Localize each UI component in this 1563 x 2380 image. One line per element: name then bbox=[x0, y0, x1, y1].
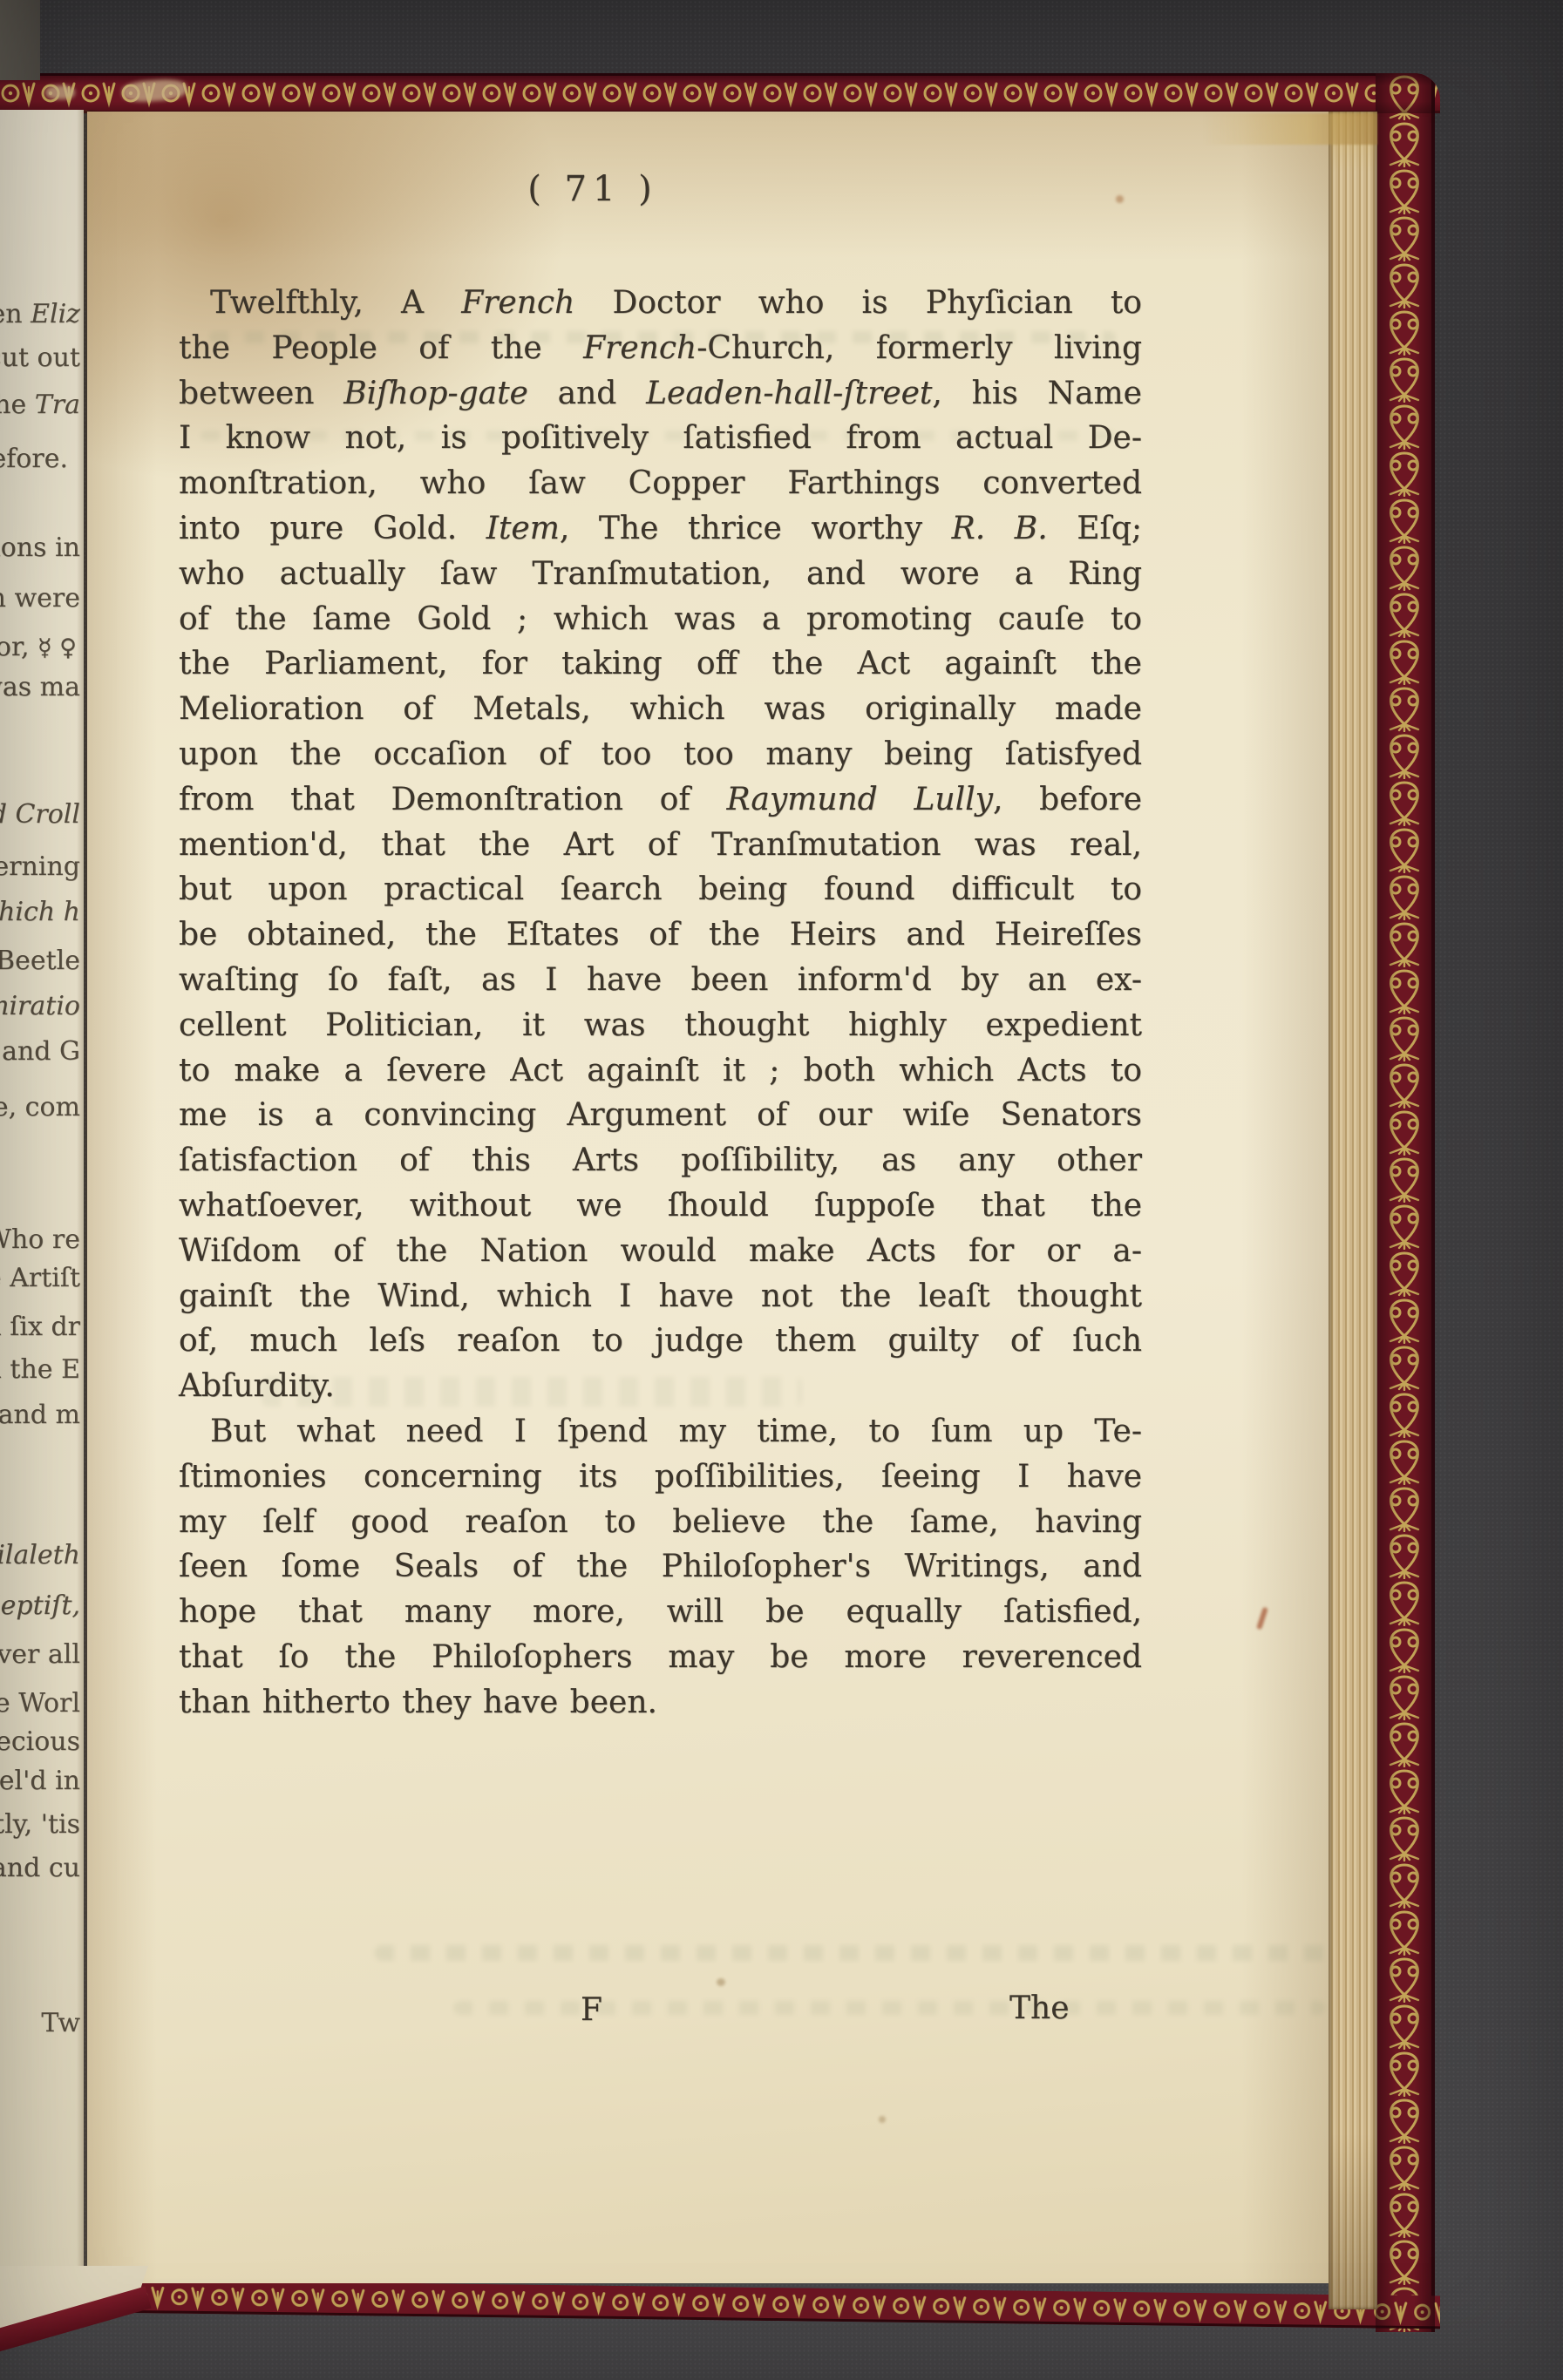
margin-fragment: be cut out bbox=[0, 343, 80, 373]
margin-fragment: ich he Tra bbox=[0, 390, 80, 420]
text-line: into pure Gold. Item, The thrice worthy … bbox=[179, 506, 1142, 552]
text-segment: me is a convincing Argument of our wiſe … bbox=[179, 1097, 1142, 1133]
leather-shading-right bbox=[1376, 73, 1435, 2332]
margin-fragment: r, which h bbox=[0, 898, 80, 927]
italic-text-segment: Admiratio bbox=[0, 991, 80, 1021]
text-segment: my ſelf good reaſon to believe the ſame,… bbox=[179, 1504, 1142, 1540]
text-segment: than hitherto they have been. bbox=[179, 1685, 657, 1720]
margin-fragment: and Silver all bbox=[0, 1640, 80, 1670]
text-segment: ake precious bbox=[0, 1726, 80, 1757]
text-segment: eror, bbox=[0, 632, 37, 662]
text-segment: , before bbox=[993, 782, 1142, 817]
text-line: who actually ſaw Tranſmutation, and wore… bbox=[179, 552, 1142, 597]
margin-fragment: g all the E bbox=[0, 1355, 80, 1385]
margin-fragment: ake precious bbox=[0, 1727, 80, 1757]
text-segment: Twelfthly, A bbox=[210, 285, 461, 321]
signature-mark: F bbox=[581, 1992, 602, 2028]
text-segment: d laſtly, 'tis bbox=[0, 1809, 80, 1840]
text-segment: mention'd, that the Art of Tranſmutation… bbox=[179, 827, 1142, 863]
body-text: Twelfthly, A French Doctor who is Phyſic… bbox=[179, 281, 1142, 1726]
margin-fragment: before. bbox=[0, 444, 68, 474]
text-segment: who actually ſaw Tranſmutation, and wore… bbox=[179, 556, 1142, 592]
text-segment: into pure Gold. bbox=[179, 511, 486, 546]
margin-fragment: Life and cu bbox=[0, 1854, 80, 1883]
text-line: ſeen ſome Seals of the Philoſopher's Wri… bbox=[179, 1544, 1142, 1590]
text-line: to make a ſevere Act againſt it ; both w… bbox=[179, 1048, 1142, 1094]
italic-text-segment: R. B. bbox=[952, 511, 1048, 546]
text-segment: muted ſix dr bbox=[0, 1312, 80, 1342]
book-page-71: ( 71 ) Twelfthly, A French Doctor who is… bbox=[87, 112, 1329, 2283]
margin-fragment: ſtrations in bbox=[0, 533, 80, 563]
text-segment: oncerning bbox=[0, 851, 80, 882]
italic-text-segment: Eliz bbox=[31, 299, 80, 329]
text-line: I know not, is poſitively ſatisfied from… bbox=[179, 416, 1142, 461]
text-segment: ld was ma bbox=[0, 672, 80, 702]
text-segment: the Parliament, for taking off the Act a… bbox=[179, 646, 1142, 681]
margin-fragment: ſeen, and m bbox=[0, 1400, 80, 1430]
text-segment: Eſq; bbox=[1048, 511, 1142, 546]
text-segment: ſtrations in bbox=[0, 532, 80, 563]
text-segment: of the ſame Gold ; which was a promoting… bbox=[179, 601, 1142, 637]
text-line: mention'd, that the Art of Tranſmutation… bbox=[179, 823, 1142, 868]
text-segment: upon the occaſion of too too many being … bbox=[179, 736, 1142, 772]
text-segment: -Church, formerly living bbox=[697, 330, 1142, 366]
text-segment: whatſoever, without we ſhould ſuppoſe th… bbox=[179, 1188, 1142, 1224]
margin-fragment: the Artiſt bbox=[0, 1264, 80, 1293]
worn-leather-patch bbox=[45, 85, 75, 99]
foxing-spot bbox=[1256, 1607, 1268, 1631]
text-segment: monſtration, who ſaw Copper Farthings co… bbox=[179, 465, 1142, 501]
gilt-top-edge bbox=[1203, 113, 1377, 145]
margin-fragment: d laſtly, 'tis bbox=[0, 1810, 80, 1840]
binding-gold-border-bottom bbox=[129, 2280, 1440, 2329]
text-segment: Doctor who is Phyſician to bbox=[574, 285, 1142, 321]
previous-leaf-edge: Queen Elizbe cut outich he Trabefore.ſtr… bbox=[0, 110, 84, 2301]
margin-fragment: us, ‘ Who re bbox=[0, 1225, 80, 1255]
text-segment: waſting ſo faſt, as I have been inform'd… bbox=[179, 962, 1142, 998]
text-segment: Queen bbox=[0, 299, 31, 329]
text-segment: the Artiſt bbox=[0, 1263, 80, 1293]
margin-fragment: ld was ma bbox=[0, 673, 80, 702]
text-segment: and bbox=[528, 376, 646, 411]
text-line: me is a convincing Argument of our wiſe … bbox=[179, 1093, 1142, 1138]
italic-text-segment: French bbox=[461, 285, 574, 321]
italic-text-segment: Raymund Lully bbox=[726, 782, 993, 817]
margin-fragment: whole Worl bbox=[0, 1689, 80, 1719]
text-segment: Life and cu bbox=[0, 1853, 80, 1883]
text-line: Abſurdity. bbox=[179, 1364, 1142, 1409]
margin-fragment: Oſwald Croll bbox=[0, 800, 80, 830]
foxing-spot bbox=[879, 2116, 886, 2123]
text-segment: and Silver all bbox=[0, 1639, 80, 1670]
margin-fragment: which were bbox=[0, 584, 80, 614]
italic-text-segment: Philaleth bbox=[0, 1540, 80, 1570]
text-segment: Wiſdom of the Nation would make Acts for… bbox=[179, 1233, 1142, 1269]
text-segment: from that Demonſtration of bbox=[179, 782, 726, 817]
italic-text-segment: Biſhop-gate bbox=[343, 376, 528, 411]
text-line: gainſt the Wind, which I have not the le… bbox=[179, 1274, 1142, 1319]
text-segment: g all the E bbox=[0, 1354, 80, 1385]
text-segment: ich he bbox=[0, 390, 35, 420]
margin-fragment: muted ſix dr bbox=[0, 1312, 80, 1342]
text-segment: Tw bbox=[41, 2008, 80, 2038]
text-segment: between bbox=[179, 376, 343, 411]
bleedthrough-ghost bbox=[375, 1945, 1334, 1961]
text-segment: ☿ ♀ bbox=[37, 634, 77, 661]
book-photograph: Queen Elizbe cut outich he Trabefore.ſtr… bbox=[0, 0, 1563, 2380]
margin-fragment: Queen Eliz bbox=[0, 300, 80, 329]
text-segment: ſatisfaction of this Arts poſſibility, a… bbox=[179, 1143, 1142, 1178]
text-line: of the ſame Gold ; which was a promoting… bbox=[179, 597, 1142, 642]
fore-edge-page-block bbox=[1329, 112, 1377, 2309]
italic-text-segment: Tra bbox=[35, 390, 80, 420]
margin-fragment: an Adeptiſt, bbox=[0, 1591, 80, 1621]
text-line: from that Demonſtration of Raymund Lully… bbox=[179, 777, 1142, 823]
margin-fragment: Tw bbox=[41, 2009, 80, 2038]
text-line: between Biſhop-gate and Leaden-hall-ſtre… bbox=[179, 371, 1142, 417]
text-segment: ſeen ſome Seals of the Philoſopher's Wri… bbox=[179, 1549, 1142, 1584]
text-line: Melioration of Metals, which was origina… bbox=[179, 687, 1142, 732]
margin-fragment: arallel'd in bbox=[0, 1766, 80, 1796]
foxing-spot bbox=[1116, 195, 1124, 203]
italic-text-segment: Item bbox=[486, 511, 560, 546]
text-line: But what need I ſpend my time, to ſum up… bbox=[179, 1409, 1142, 1454]
text-segment: but upon practical ſearch being found di… bbox=[179, 871, 1142, 907]
italic-text-segment: Oſwald Croll bbox=[0, 799, 80, 830]
text-line: than hitherto they have been. bbox=[179, 1680, 1142, 1726]
text-line: hope that many more, will be equally ſat… bbox=[179, 1590, 1142, 1635]
text-segment: arallel'd in bbox=[0, 1766, 80, 1796]
foxing-spot bbox=[717, 1978, 725, 1986]
left-page-edge-top bbox=[0, 0, 40, 80]
italic-text-segment: Leaden-hall-ſtreet bbox=[646, 376, 932, 411]
text-line: the Parliament, for taking off the Act a… bbox=[179, 641, 1142, 687]
text-segment: to make a ſevere Act againſt it ; both w… bbox=[179, 1053, 1142, 1088]
text-segment: , his Name bbox=[932, 376, 1142, 411]
text-segment: Abſurdity. bbox=[179, 1368, 335, 1404]
text-line: monſtration, who ſaw Copper Farthings co… bbox=[179, 461, 1142, 506]
text-line: ſatisfaction of this Arts poſſibility, a… bbox=[179, 1138, 1142, 1183]
margin-fragment: ncture, com bbox=[0, 1093, 80, 1122]
text-segment: whole Worl bbox=[0, 1688, 80, 1719]
text-line: waſting ſo faſt, as I have been inform'd… bbox=[179, 958, 1142, 1003]
text-line: the People of the French-Church, formerl… bbox=[179, 326, 1142, 371]
text-segment: be cut out bbox=[0, 342, 80, 373]
text-segment: Melioration of Metals, which was origina… bbox=[179, 691, 1142, 727]
text-line: ſtimonies concerning its poſſibilities, … bbox=[179, 1454, 1142, 1500]
text-segment: , The thrice worthy bbox=[560, 511, 952, 546]
text-line: but upon practical ſearch being found di… bbox=[179, 867, 1142, 912]
text-segment: which were bbox=[0, 583, 80, 614]
italic-text-segment: Adeptiſt, bbox=[0, 1590, 80, 1621]
text-segment: cellent Politician, it was thought highl… bbox=[179, 1007, 1142, 1043]
margin-fragment: thern Beetle bbox=[0, 946, 80, 976]
margin-fragment: rtues and G bbox=[0, 1037, 80, 1067]
text-segment: ncture, com bbox=[0, 1092, 80, 1122]
text-segment: thern Beetle bbox=[0, 946, 80, 976]
text-line: Wiſdom of the Nation would make Acts for… bbox=[179, 1229, 1142, 1274]
text-line: whatſoever, without we ſhould ſuppoſe th… bbox=[179, 1183, 1142, 1229]
text-segment: the People of the bbox=[179, 330, 583, 366]
italic-text-segment: French bbox=[583, 330, 697, 366]
text-line: Twelfthly, A French Doctor who is Phyſic… bbox=[179, 281, 1142, 326]
margin-fragment: eror, ☿ ♀ bbox=[0, 633, 77, 663]
page-number: ( 71 ) bbox=[506, 169, 680, 209]
text-segment: ſtimonies concerning its poſſibilities, … bbox=[179, 1459, 1142, 1495]
text-segment: I know not, is poſitively ſatisfied from… bbox=[179, 420, 1142, 456]
text-segment: ſeen, and m bbox=[0, 1400, 80, 1430]
text-line: be obtained, the Eſtates of the Heirs an… bbox=[179, 912, 1142, 958]
text-line: cellent Politician, it was thought highl… bbox=[179, 1003, 1142, 1048]
margin-fragment: Admiratio bbox=[0, 992, 80, 1021]
text-segment: be obtained, the Eſtates of the Heirs an… bbox=[179, 917, 1142, 953]
text-segment: us, ‘ Who re bbox=[0, 1224, 80, 1255]
catchword: The bbox=[1009, 1990, 1070, 2026]
text-line: that ſo the Philoſophers may be more rev… bbox=[179, 1635, 1142, 1680]
leather-shading-top bbox=[0, 73, 1440, 113]
italic-text-segment: which h bbox=[0, 897, 80, 927]
text-segment: that ſo the Philoſophers may be more rev… bbox=[179, 1639, 1142, 1675]
text-segment: hope that many more, will be equally ſat… bbox=[179, 1594, 1142, 1630]
text-segment: before. bbox=[0, 444, 68, 474]
text-segment: rtues and G bbox=[0, 1036, 80, 1067]
text-segment: But what need I ſpend my time, to ſum up… bbox=[210, 1414, 1142, 1449]
text-line: upon the occaſion of too too many being … bbox=[179, 732, 1142, 777]
margin-fragment: of Philaleth bbox=[0, 1541, 80, 1570]
margin-fragment: oncerning bbox=[0, 852, 80, 882]
text-line: of, much leſs reaſon to judge them guilt… bbox=[179, 1319, 1142, 1364]
text-segment: of, much leſs reaſon to judge them guilt… bbox=[179, 1323, 1142, 1359]
text-segment: gainſt the Wind, which I have not the le… bbox=[179, 1278, 1142, 1314]
text-line: my ſelf good reaſon to believe the ſame,… bbox=[179, 1500, 1142, 1545]
